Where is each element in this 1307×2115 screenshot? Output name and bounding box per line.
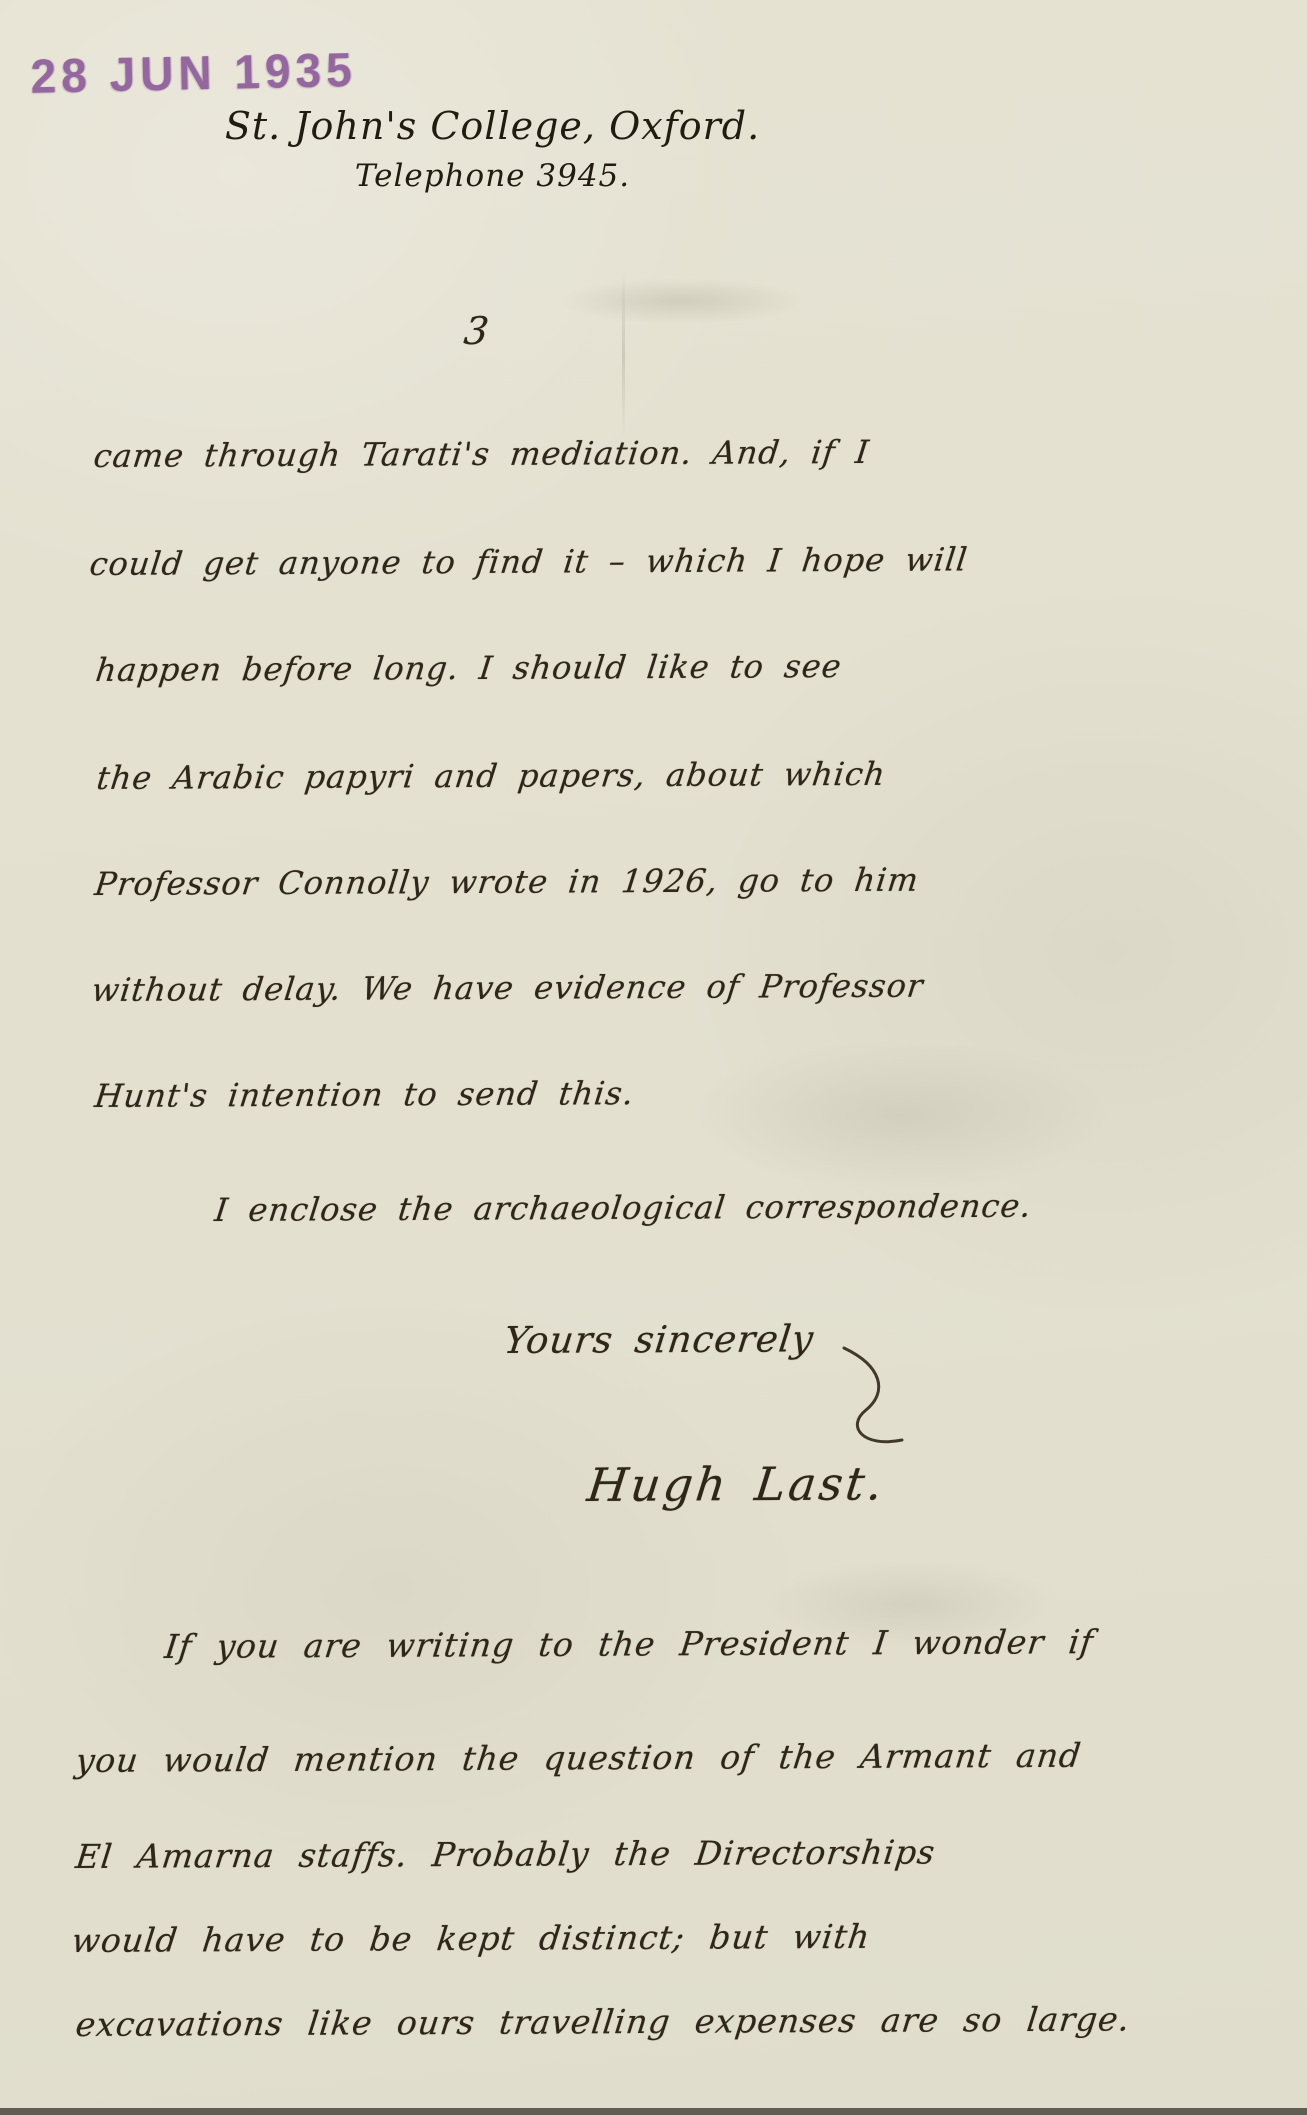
show-through-mark xyxy=(690,1040,1110,1190)
handwritten-line: could get anyone to find it – which I ho… xyxy=(88,543,970,580)
postscript-line: you would mention the question of the Ar… xyxy=(74,1739,1083,1777)
letterhead-college-line: St. John's College, Oxford. xyxy=(0,104,985,148)
signature: Hugh Last. xyxy=(585,1460,888,1508)
show-through-mark xyxy=(760,1560,1060,1650)
received-date-stamp: 28 JUN 1935 xyxy=(30,41,357,104)
postscript-line: El Amarna staffs. Probably the Directors… xyxy=(74,1836,937,1873)
scanned-letter-page: 28 JUN 1935 St. John's College, Oxford. … xyxy=(0,0,1307,2115)
letterhead-telephone-line: Telephone 3945. xyxy=(0,158,985,194)
enclosure-line: I enclose the archaeological corresponde… xyxy=(213,1190,1034,1226)
handwritten-line: came through Tarati's mediation. And, if… xyxy=(92,436,871,472)
show-through-mark xyxy=(560,278,800,324)
handwritten-line: happen before long. I should like to see xyxy=(94,650,844,686)
handwritten-line: Professor Connolly wrote in 1926, go to … xyxy=(93,864,921,900)
handwritten-line: Hunt's intention to send this. xyxy=(93,1077,636,1112)
scan-bottom-edge xyxy=(0,2108,1307,2115)
postscript-line: excavations like ours travelling expense… xyxy=(74,2002,1132,2041)
page-number: 3 xyxy=(462,312,492,350)
closing-valediction: Yours sincerely xyxy=(502,1320,816,1359)
postscript-line: would have to be kept distinct; but with xyxy=(70,1920,872,1957)
closing-flourish-stroke xyxy=(832,1344,922,1454)
handwritten-line: the Arabic papyri and papers, about whic… xyxy=(95,758,888,794)
letterhead: St. John's College, Oxford. Telephone 39… xyxy=(0,104,985,194)
handwritten-line: without delay. We have evidence of Profe… xyxy=(90,970,925,1006)
